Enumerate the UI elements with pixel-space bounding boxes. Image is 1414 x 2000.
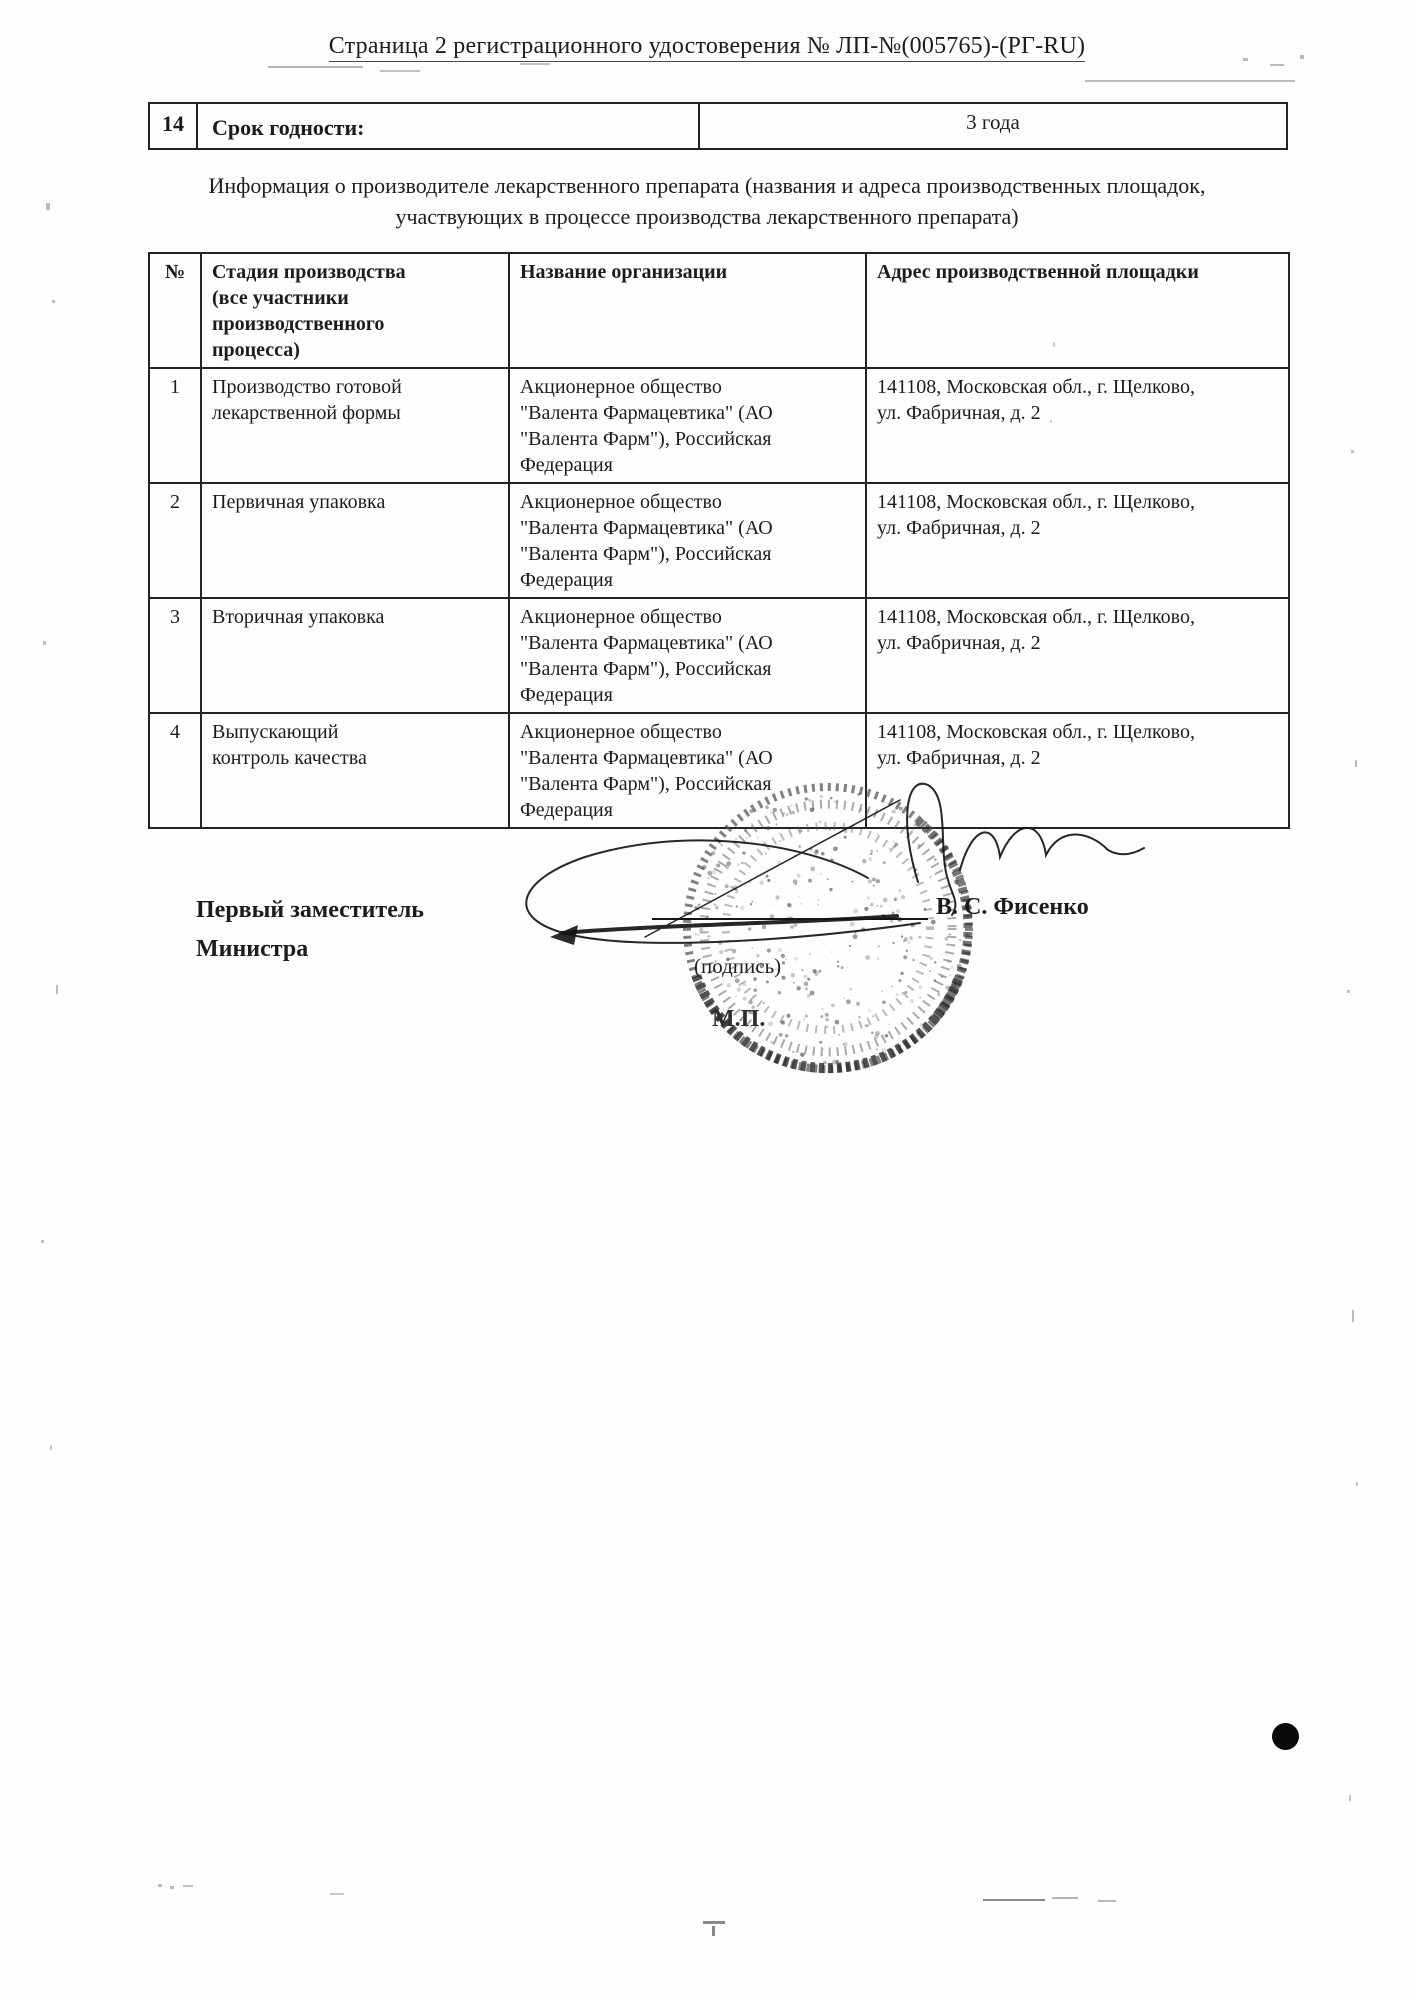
col-header-address: Адрес производственной площадки bbox=[866, 253, 1289, 368]
scan-artifact bbox=[330, 1893, 344, 1895]
seal-place-caption: М.П. bbox=[712, 1006, 765, 1033]
scan-artifact bbox=[983, 1899, 1045, 1901]
row-address: 141108, Московская обл., г. Щелково, ул.… bbox=[866, 598, 1289, 713]
row-stage: Первичная упаковка bbox=[201, 483, 509, 598]
scan-artifact bbox=[1085, 80, 1295, 82]
col-header-stage: Стадия производства (все участники произ… bbox=[201, 253, 509, 368]
signature-line bbox=[652, 918, 928, 920]
shelf-life-row-number: 14 bbox=[150, 104, 198, 148]
scan-artifact bbox=[712, 1926, 715, 1936]
row-organization: Акционерное общество "Валента Фармацевти… bbox=[509, 598, 866, 713]
scan-artifact bbox=[268, 66, 363, 68]
scan-artifact bbox=[43, 641, 46, 645]
scan-artifact bbox=[380, 70, 420, 72]
scan-artifact bbox=[1098, 1900, 1116, 1902]
scan-artifact bbox=[183, 1885, 193, 1887]
scan-artifact bbox=[1053, 342, 1055, 347]
row-number: 3 bbox=[149, 598, 201, 713]
scan-artifact bbox=[520, 63, 550, 65]
signer-title: Первый заместитель Министра bbox=[196, 891, 424, 969]
shelf-life-label: Срок годности: bbox=[198, 104, 700, 148]
scan-artifact bbox=[1243, 58, 1248, 61]
scan-artifact bbox=[1351, 450, 1354, 453]
table-row: 1 Производство готовой лекарственной фор… bbox=[149, 368, 1289, 483]
scan-artifact bbox=[41, 1240, 44, 1243]
scan-artifact bbox=[1300, 55, 1304, 59]
scan-artifact bbox=[1352, 1310, 1354, 1322]
scan-artifact bbox=[56, 985, 58, 994]
scan-artifact bbox=[1356, 1482, 1358, 1486]
manufacturers-table: № Стадия производства (все участники про… bbox=[148, 252, 1290, 829]
manufacturer-info-paragraph: Информация о производителе лекарственног… bbox=[90, 170, 1324, 232]
scan-artifact bbox=[1349, 1795, 1351, 1801]
row-number: 2 bbox=[149, 483, 201, 598]
scan-artifact bbox=[170, 1886, 174, 1889]
table-row: 2 Первичная упаковка Акционерное обществ… bbox=[149, 483, 1289, 598]
table-header-row: № Стадия производства (все участники про… bbox=[149, 253, 1289, 368]
ink-dot bbox=[1272, 1723, 1299, 1750]
scan-artifact bbox=[1052, 1897, 1078, 1899]
table-row: 3 Вторичная упаковка Акционерное обществ… bbox=[149, 598, 1289, 713]
row-number: 1 bbox=[149, 368, 201, 483]
col-header-number: № bbox=[149, 253, 201, 368]
scan-artifact bbox=[703, 1921, 725, 1924]
shelf-life-table: 14 Срок годности: 3 года bbox=[148, 102, 1288, 150]
signer-name: В. С. Фисенко bbox=[936, 894, 1089, 921]
scan-artifact bbox=[1050, 420, 1052, 423]
scan-artifact bbox=[50, 1445, 52, 1450]
row-address: 141108, Московская обл., г. Щелково, ул.… bbox=[866, 483, 1289, 598]
manufacturers-table-wrap: № Стадия производства (все участники про… bbox=[148, 252, 1290, 829]
scan-artifact bbox=[1355, 760, 1357, 767]
scanned-document-page: { "page": { "header_title": "Страница 2 … bbox=[0, 0, 1414, 2000]
row-organization: Акционерное общество "Валента Фармацевти… bbox=[509, 368, 866, 483]
scan-artifact bbox=[158, 1884, 162, 1887]
scan-artifact bbox=[52, 300, 55, 303]
col-header-organization: Название организации bbox=[509, 253, 866, 368]
row-number: 4 bbox=[149, 713, 201, 828]
page-title: Страница 2 регистрационного удостоверени… bbox=[0, 33, 1414, 60]
signature-caption: (подпись) bbox=[694, 954, 781, 979]
scan-artifact bbox=[1270, 64, 1284, 66]
scan-artifact bbox=[46, 203, 50, 210]
shelf-life-value: 3 года bbox=[700, 104, 1286, 148]
page-title-text: Страница 2 регистрационного удостоверени… bbox=[329, 33, 1085, 62]
row-organization: Акционерное общество "Валента Фармацевти… bbox=[509, 483, 866, 598]
scan-artifact bbox=[1347, 990, 1350, 993]
row-stage: Производство готовой лекарственной формы bbox=[201, 368, 509, 483]
row-stage: Вторичная упаковка bbox=[201, 598, 509, 713]
row-address: 141108, Московская обл., г. Щелково, ул.… bbox=[866, 368, 1289, 483]
